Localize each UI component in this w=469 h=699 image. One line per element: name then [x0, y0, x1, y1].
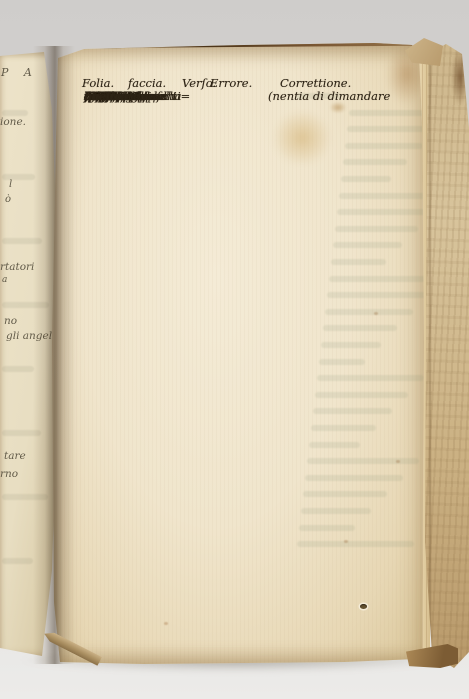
vellum-fold-line: [429, 52, 431, 656]
errata-page: Folia. faccia. Verſo. Errore. Correttion…: [44, 42, 428, 666]
vellum-dark-corner: [451, 48, 469, 106]
errata-table: Folia. faccia. Verſo. Errore. Correttion…: [80, 76, 428, 616]
showthrough-line: [2, 558, 33, 564]
book-photo: P Aione.lòrtatorianogli angelitarerno Fo…: [0, 0, 469, 699]
showthrough-line: [2, 110, 28, 116]
showthrough-line: [2, 366, 34, 372]
vellum-cover-edge: [420, 42, 469, 670]
gutter-shadow: [33, 46, 75, 664]
showthrough-line: [2, 174, 35, 180]
top-edge-stain-blob: [86, 40, 134, 48]
cell-correttione: queſto: [84, 88, 121, 105]
vellum-texture: [420, 42, 469, 670]
